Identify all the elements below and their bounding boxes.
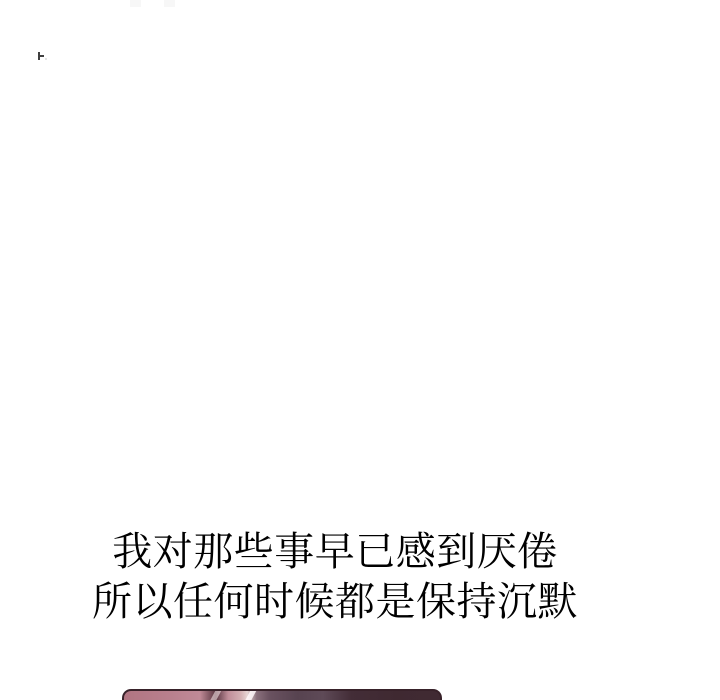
artifact-stroke — [45, 58, 47, 60]
comic-page: 我对那些事早已感到厌倦 所以任何时候都是保持沉默 — [0, 0, 720, 700]
dialogue-caption: 我对那些事早已感到厌倦 所以任何时候都是保持沉默 — [0, 527, 670, 627]
artifact-stroke — [38, 55, 44, 57]
panel-highlight-streak — [208, 689, 223, 700]
caption-line-1: 我对那些事早已感到厌倦 — [0, 527, 670, 577]
panel-remnant-mark — [130, 0, 141, 7]
comic-panel-image-top-edge — [122, 689, 442, 700]
panel-remnant-mark — [164, 0, 175, 7]
panel-highlight-streak — [243, 689, 258, 700]
cutoff-glyph-artifact — [38, 52, 46, 61]
caption-line-2: 所以任何时候都是保持沉默 — [0, 577, 670, 627]
